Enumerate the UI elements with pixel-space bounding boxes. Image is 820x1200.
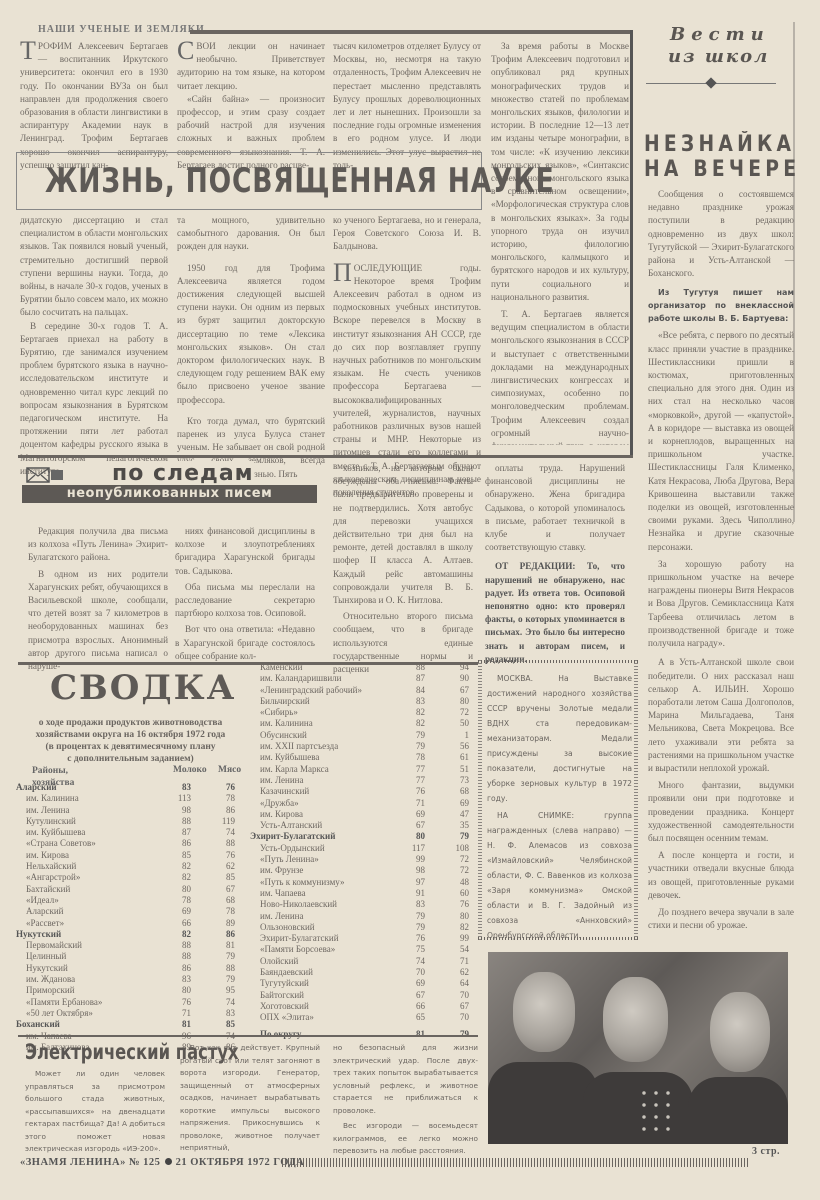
district-row: Нукутский8286 (16, 929, 241, 940)
farm-row: Бильчирский8380 (250, 696, 475, 707)
farm-row: им. XXII партсъезда7956 (250, 741, 475, 752)
farm-row: Целинный8879 (16, 951, 241, 962)
letters-col-2: ниях финансовой дисциплины в колхозе и з… (175, 525, 315, 665)
letters-top-rule (18, 455, 633, 458)
headline: ЖИЗНЬ, ПОСВЯЩЕННАЯ НАУКЕ (45, 161, 555, 201)
tass-caption-text: МОСКВА. На Выставке достижений народного… (487, 671, 632, 964)
tass-caption-box: МОСКВА. На Выставке достижений народного… (478, 660, 638, 940)
farm-row: им. Куйбышева7861 (250, 752, 475, 763)
dropcap-t: Т (20, 40, 36, 62)
farm-row: Усть-Алтанский6735 (250, 820, 475, 831)
farm-row: им. Фрунзе9872 (250, 865, 475, 876)
svodka-right: Каменский8894им. Каландаришвили8790«Лени… (250, 662, 475, 1024)
farm-row: Эхирит-Булагатский7699 (250, 933, 475, 944)
farm-row: им. Кирова6947 (250, 809, 475, 820)
pastukh-top-rule (18, 1035, 478, 1037)
farm-row: Приморский8095 (16, 985, 241, 996)
svodka-left-table: Аларский8376им. Калинина11378им. Ленина9… (16, 782, 241, 1053)
svodka-left: Аларский8376им. Калинина11378им. Ленина9… (16, 782, 241, 1053)
headline-neznaika: НЕЗНАЙКА (644, 132, 795, 157)
farm-row: Бахтайский8067 (16, 884, 241, 895)
svodka-title: СВОДКА (50, 668, 236, 708)
farm-row: им. Калинина8250 (250, 718, 475, 729)
farm-row: Аларский6978 (16, 906, 241, 917)
farm-row: Казачинский7668 (250, 786, 475, 797)
letters-col-1: Редакция получила два письма из колхоза … (28, 525, 168, 675)
footer-masthead: «ЗНАМЯ ЛЕНИНА» № 125 21 ОКТЯБРЯ 1972 ГОД… (20, 1157, 304, 1168)
farm-row: им. Кирова8576 (16, 850, 241, 861)
page-number: 3 стр. (752, 1146, 780, 1157)
article-frame-right (630, 30, 633, 455)
article-lower-col-1: дидатскую диссертацию и стал специалисто… (20, 214, 168, 480)
col-header-meat: Мясо (218, 765, 241, 775)
farm-row: им. Каландаришвили8790 (250, 673, 475, 684)
farm-row: Олойский7471 (250, 956, 475, 967)
medals (638, 1087, 678, 1132)
svodka-subtitle: о ходе продажи продуктов животноводства … (18, 717, 243, 765)
farm-row: им. Ленина7980 (250, 911, 475, 922)
pastukh-col-1: Может ли один человек управляться за при… (25, 1068, 165, 1156)
farm-row: им. Ленина9886 (16, 805, 241, 816)
farm-row: Ользоновский7982 (250, 922, 475, 933)
farm-row: «Сибирь»8272 (250, 707, 475, 718)
farm-row: «Памяти Борсоева»7554 (250, 944, 475, 955)
school-news-body: Сообщения о состоявшемся недавно праздни… (648, 188, 794, 934)
farm-row: «Путь Ленина»9972 (250, 854, 475, 865)
article-col-4: За время работы в Москве Трофим Алексеев… (491, 40, 629, 445)
letters-banner: по следам неопубликованных писем (22, 463, 317, 505)
farm-row: Каменский8894 (250, 662, 475, 673)
farm-row: Первомайский8881 (16, 940, 241, 951)
farm-row: «Рассвет»6689 (16, 918, 241, 929)
farm-row: Нельхайский8262 (16, 861, 241, 872)
farm-row: Ново-Николаевский8376 (250, 899, 475, 910)
letters-col-3: хозников, на котором были обсуждены оба … (333, 462, 473, 678)
rubric-vesti: Вести (670, 24, 770, 45)
district-row: Аларский8376 (16, 782, 241, 793)
dropcap-p: П (333, 262, 352, 284)
person-3-face (710, 992, 770, 1072)
farm-row: им. Жданова8379 (16, 974, 241, 985)
district-row: Боханский8185 (16, 1019, 241, 1030)
farm-row: им. Куйбышева8774 (16, 827, 241, 838)
person-1-face (513, 972, 575, 1052)
farm-row: «Идеал»7868 (16, 895, 241, 906)
banner-bottom-text: неопубликованных писем (22, 485, 317, 503)
farm-row: Байтогский6770 (250, 990, 475, 1001)
col-header-milk: Молоко (173, 765, 207, 775)
farm-row: Хоготовский6667 (250, 1001, 475, 1012)
banner-top-text: по следам (112, 461, 254, 486)
farm-row: Тугутуйский6964 (250, 978, 475, 989)
farm-row: Усть-Ордынский117108 (250, 843, 475, 854)
farm-row: Кутулинский88119 (16, 816, 241, 827)
rubric-rule (190, 30, 632, 34)
farm-row: «Ангарстрой»8285 (16, 872, 241, 883)
farm-row: «Дружба»7169 (250, 798, 475, 809)
farm-row: «Путь к коммунизму»9748 (250, 877, 475, 888)
rubric-iz-shkol: из школ (668, 46, 769, 67)
farm-row: им. Ленина7773 (250, 775, 475, 786)
headline-na-vechere: НА ВЕЧЕРЕ (644, 157, 800, 182)
farm-row: им. Карла Маркса7751 (250, 764, 475, 775)
bullet-icon (165, 1158, 172, 1165)
envelope-icon (26, 465, 66, 485)
farm-row: им. Чапаева9160 (250, 888, 475, 899)
farm-row: Нукутский8688 (16, 963, 241, 974)
farm-row: «50 лет Октября»7183 (16, 1008, 241, 1019)
district-row: Эхирит-Булагатский8079 (250, 831, 475, 842)
farm-row: ОПХ «Элита»6570 (250, 1012, 475, 1023)
farm-row: «Памяти Ербанова»7674 (16, 997, 241, 1008)
svodka-right-table: Каменский8894им. Каландаришвили8790«Лени… (250, 662, 475, 1040)
person-2-face (603, 977, 668, 1062)
farm-row: им. Калинина11378 (16, 793, 241, 804)
letters-col-4: оплаты труда. Нарушений финансовой дисци… (485, 462, 625, 668)
dropcap-s: С (177, 40, 194, 62)
farm-row: Баяндаевский7062 (250, 967, 475, 978)
rubric-nashi-uchenye: НАШИ УЧЕНЫЕ И ЗЕМЛЯКИ (38, 24, 205, 35)
editor-note: ОТ РЕДАКЦИИ: То, что нарушений не обнару… (485, 560, 625, 666)
headline-box: ЖИЗНЬ, ПОСВЯЩЕННАЯ НАУКЕ (16, 152, 482, 210)
farm-row: «Ленинградский рабочий»8467 (250, 685, 475, 696)
farm-row: «Страна Советов»8688 (16, 838, 241, 849)
article-lower-col-2: та мощного, удивительно самобытного даро… (177, 214, 325, 483)
medal-winners-photo (488, 952, 788, 1144)
pastukh-col-2: Вот как она действует. Крупный рогатый с… (180, 1042, 320, 1155)
pastukh-col-3: но безопасный для жизни электрический уд… (333, 1042, 478, 1158)
footer-rule (282, 1158, 750, 1167)
farm-row: Обусинский791 (250, 730, 475, 741)
